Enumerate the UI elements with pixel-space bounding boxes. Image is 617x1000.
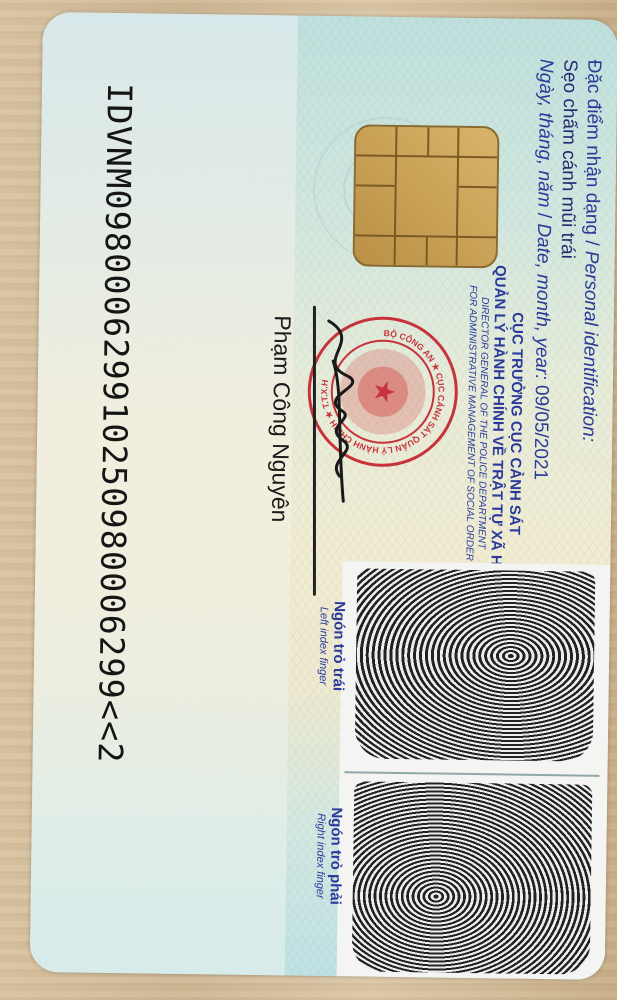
left-index-fingerprint bbox=[355, 568, 596, 761]
mrz-line-1: IDVNM098000629910250980006299<<2 bbox=[84, 83, 145, 764]
issuer-name: Phạm Công Nguyên bbox=[266, 315, 296, 522]
issue-date-value: 09/05/2021 bbox=[530, 385, 552, 480]
right-index-fingerprint bbox=[352, 781, 593, 974]
id-card-back: Đặc điểm nhận dạng / Personal identifica… bbox=[30, 12, 617, 980]
personal-identification-block: Đặc điểm nhận dạng / Personal identifica… bbox=[528, 59, 606, 481]
right-fingerprint-label: Ngón trỏ phải Right index finger bbox=[312, 796, 345, 916]
handwritten-signature bbox=[301, 301, 374, 522]
machine-readable-zone: IDVNM098000629910250980006299<<2 9801211… bbox=[30, 77, 249, 766]
left-fingerprint-label: Ngón trỏ trái Left index finger bbox=[315, 586, 348, 706]
issuer-title-block: CỤC TRƯỞNG CỤC CẢNH SÁT QUẢN LÝ HÀNH CHÍ… bbox=[462, 253, 527, 594]
smart-chip-icon bbox=[353, 124, 500, 268]
signature-line bbox=[313, 306, 316, 596]
